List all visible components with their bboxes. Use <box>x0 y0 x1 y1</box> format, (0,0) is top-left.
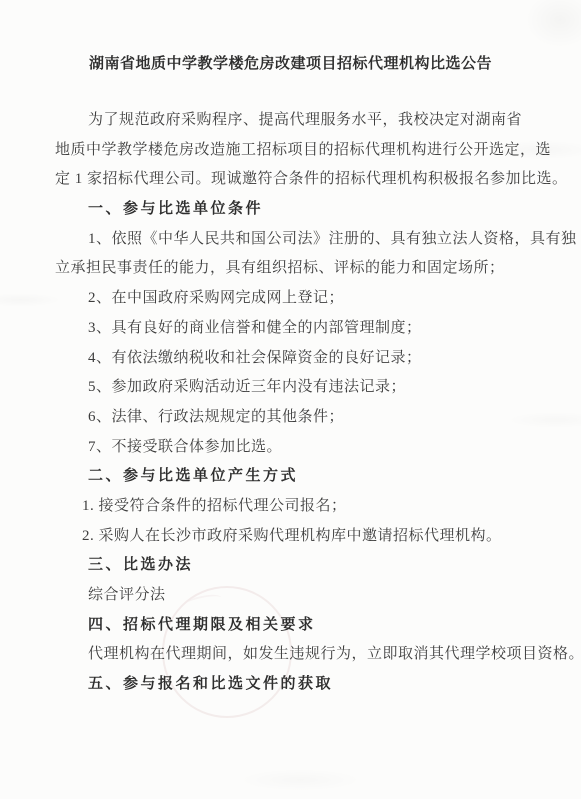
section-heading-4: 四、招标代理期限及相关要求 <box>55 611 555 641</box>
condition-item-1-cont: 立承担民事责任的能力，具有组织招标、评标的能力和固定场所； <box>55 254 555 284</box>
section-3-body: 综合评分法 <box>55 581 555 611</box>
condition-item-5: 5、参加政府采购活动近三年内没有违法记录； <box>55 373 555 403</box>
condition-item-7: 7、不接受联合体参加比选。 <box>55 433 555 463</box>
condition-item-2: 2、在中国政府采购网完成网上登记； <box>55 284 555 314</box>
section-heading-3: 三、比选办法 <box>55 551 555 581</box>
intro-line: 定 1 家招标代理公司。现诚邀符合条件的招标代理机构积极报名参加比选。 <box>55 165 555 195</box>
section-heading-5: 五、参与报名和比选文件的获取 <box>55 670 555 700</box>
intro-line: 为了规范政府采购程序、提高代理服务水平，我校决定对湖南省 <box>55 106 555 136</box>
scanned-document-page: 湖南省地质中学教学楼危房改建项目招标代理机构比选公告 为了规范政府采购程序、提高… <box>0 0 581 799</box>
document-body: 为了规范政府采购程序、提高代理服务水平，我校决定对湖南省 地质中学教学楼危房改造… <box>55 106 555 700</box>
section-heading-1: 一、参与比选单位条件 <box>55 195 555 225</box>
document-title: 湖南省地质中学教学楼危房改建项目招标代理机构比选公告 <box>0 52 581 73</box>
condition-item-6: 6、法律、行政法规规定的其他条件； <box>55 403 555 433</box>
section-4-body: 代理机构在代理期间，如发生违规行为，立即取消其代理学校项目资格。 <box>55 640 555 670</box>
condition-item-4: 4、有依法缴纳税收和社会保障资金的良好记录； <box>55 344 555 374</box>
method-item-2: 2. 采购人在长沙市政府采购代理机构库中邀请招标代理机构。 <box>55 522 555 552</box>
intro-line: 地质中学教学楼危房改造施工招标项目的招标代理机构进行公开选定，选 <box>55 136 555 166</box>
method-item-1: 1. 接受符合条件的招标代理公司报名； <box>55 492 555 522</box>
condition-item-3: 3、具有良好的商业信誉和健全的内部管理制度； <box>55 314 555 344</box>
condition-item-1: 1、依照《中华人民共和国公司法》注册的、具有独立法人资格，具有独 <box>55 225 555 255</box>
section-heading-2: 二、参与比选单位产生方式 <box>55 462 555 492</box>
